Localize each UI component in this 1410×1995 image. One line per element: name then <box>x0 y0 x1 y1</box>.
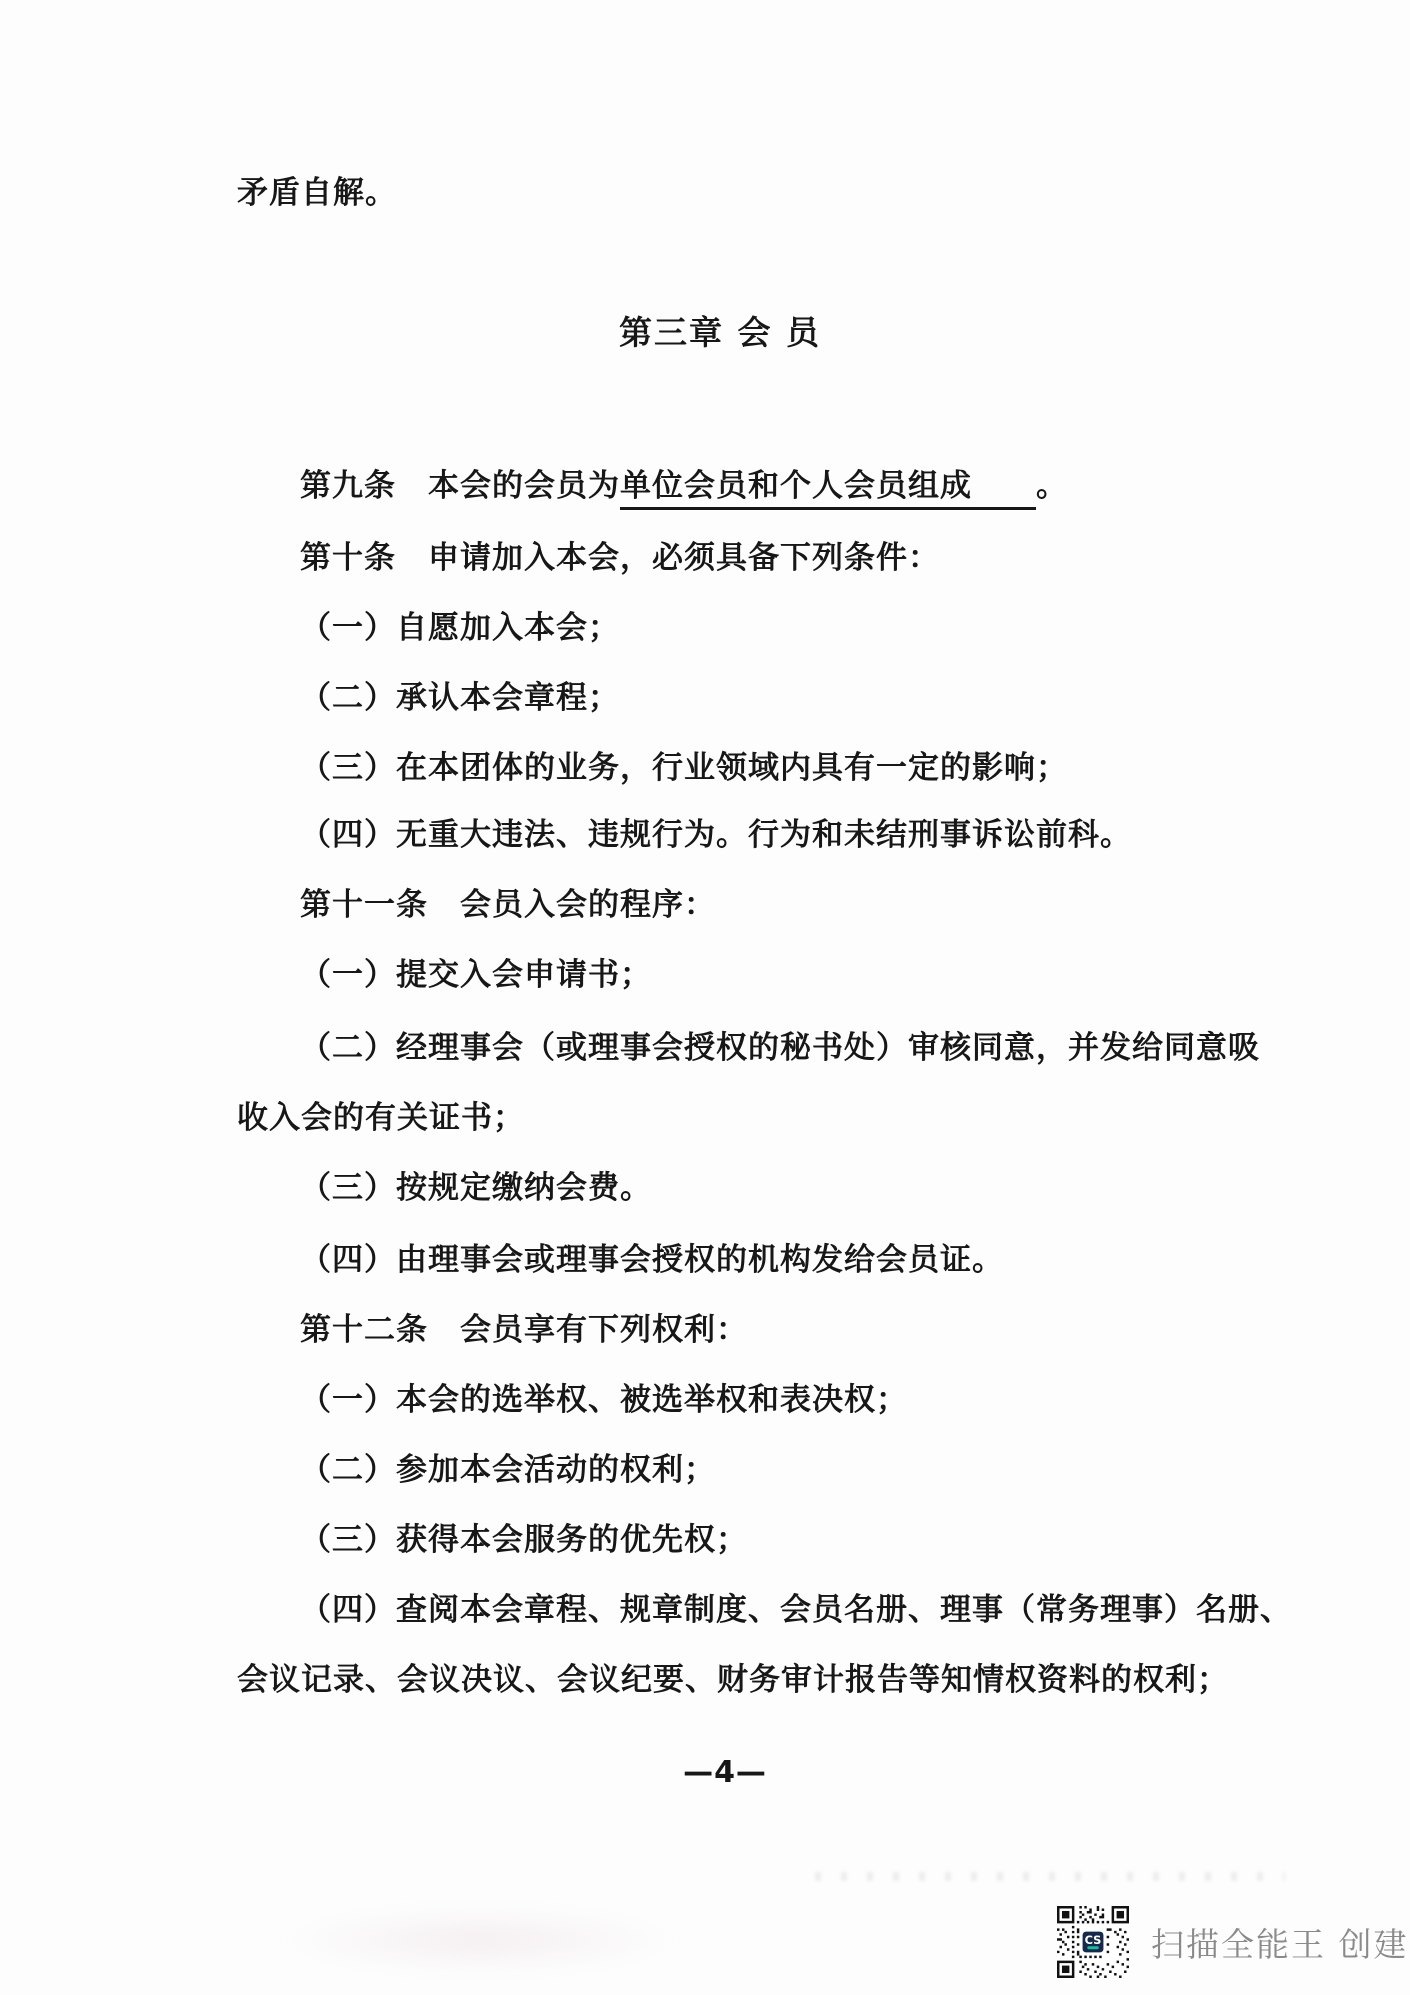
continuation-line: 收入会的有关证书； <box>237 1098 525 1138</box>
body-line: （二）参加本会活动的权利； <box>300 1450 716 1490</box>
article-9-prefix: 第九条 本会的会员为 <box>300 468 620 504</box>
camscanner-logo-label: CS <box>1085 1933 1102 1947</box>
body-line: （三）获得本会服务的优先权； <box>300 1520 748 1560</box>
document-page: 矛盾自解。 第三章 会 员 第九条 本会的会员为单位会员和个人会员组成 。 第十… <box>0 0 1410 1995</box>
body-line: （三）在本团体的业务，行业领域内具有一定的影响； <box>300 748 1068 788</box>
body-line: （四）由理事会或理事会授权的机构发给会员证。 <box>300 1240 1004 1280</box>
body-line: （二）经理事会（或理事会授权的秘书处）审核同意，并发给同意吸 <box>300 1028 1260 1068</box>
body-line: 第十条 申请加入本会，必须具备下列条件： <box>300 538 940 578</box>
body-line: （一）自愿加入本会； <box>300 608 620 648</box>
qr-code-icon: CS <box>1057 1906 1129 1978</box>
camscanner-watermark: CS 扫描全能王 创建 <box>1057 1906 1409 1978</box>
chapter-heading: 第三章 会 员 <box>0 313 1410 353</box>
opening-line: 矛盾自解。 <box>237 173 397 213</box>
body-line: （二）承认本会章程； <box>300 678 620 718</box>
article-9-suffix: 。 <box>1036 468 1068 504</box>
scan-smudge <box>280 1905 680 1975</box>
article-9-line: 第九条 本会的会员为单位会员和个人会员组成 。 <box>300 466 1068 506</box>
article-9-underlined-value: 单位会员和个人会员组成 <box>620 468 1036 510</box>
scan-noise-streak <box>815 1872 1285 1881</box>
page-number: —4— <box>0 1753 1410 1793</box>
body-line: （一）本会的选举权、被选举权和表决权； <box>300 1380 908 1420</box>
body-line: （四）查阅本会章程、规章制度、会员名册、理事（常务理事）名册、 <box>300 1590 1292 1630</box>
watermark-text: 扫描全能王 创建 <box>1151 1919 1409 1966</box>
body-line: 第十一条 会员入会的程序： <box>300 885 716 925</box>
body-line: （四）无重大违法、违规行为。行为和未结刑事诉讼前科。 <box>300 815 1132 855</box>
body-line: （一）提交入会申请书； <box>300 955 652 995</box>
body-line: （三）按规定缴纳会费。 <box>300 1168 652 1208</box>
body-line: 第十二条 会员享有下列权利： <box>300 1310 748 1350</box>
continuation-line: 会议记录、会议决议、会议纪要、财务审计报告等知情权资料的权利； <box>237 1660 1229 1700</box>
